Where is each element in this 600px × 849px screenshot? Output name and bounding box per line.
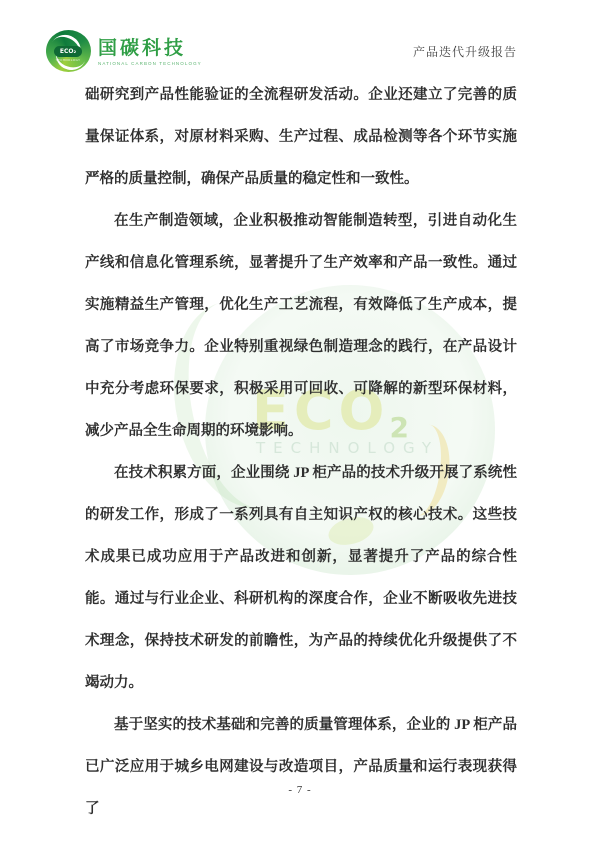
logo-eco-badge-subtext: TECHNOLOGY [51, 58, 85, 62]
company-logo: ECO₂ TECHNOLOGY 国碳科技 NATIONAL CARBON TEC… [46, 30, 202, 72]
logo-eco-badge: ECO₂ [54, 46, 82, 57]
body-paragraph: 在技术积累方面，企业围绕 JP 柜产品的技术升级开展了系统性的研发工作，形成了一… [85, 452, 517, 704]
page-header: ECO₂ TECHNOLOGY 国碳科技 NATIONAL CARBON TEC… [0, 0, 600, 80]
body-paragraph: 础研究到产品性能验证的全流程研发活动。企业还建立了完善的质量保证体系，对原材料采… [85, 74, 517, 200]
report-page: ECO₂ TECHNOLOGY 国碳科技 NATIONAL CARBON TEC… [0, 0, 600, 849]
company-name-block: 国碳科技 NATIONAL CARBON TECHNOLOGY [98, 30, 202, 66]
company-name-en: NATIONAL CARBON TECHNOLOGY [98, 61, 202, 66]
company-name-cn: 国碳科技 [98, 38, 202, 59]
body-paragraph: 在生产制造领域，企业积极推动智能制造转型，引进自动化生产线和信息化管理系统，显著… [85, 200, 517, 452]
body-paragraph: 基于坚实的技术基础和完善的质量管理体系，企业的 JP 柜产品已广泛应用于城乡电网… [85, 704, 517, 830]
document-title: 产品迭代升级报告 [413, 43, 517, 60]
report-body: 础研究到产品性能验证的全流程研发活动。企业还建立了完善的质量保证体系，对原材料采… [85, 74, 517, 830]
page-number: - 7 - [0, 784, 600, 796]
eco-leaf-logo-icon: ECO₂ TECHNOLOGY [46, 30, 91, 72]
